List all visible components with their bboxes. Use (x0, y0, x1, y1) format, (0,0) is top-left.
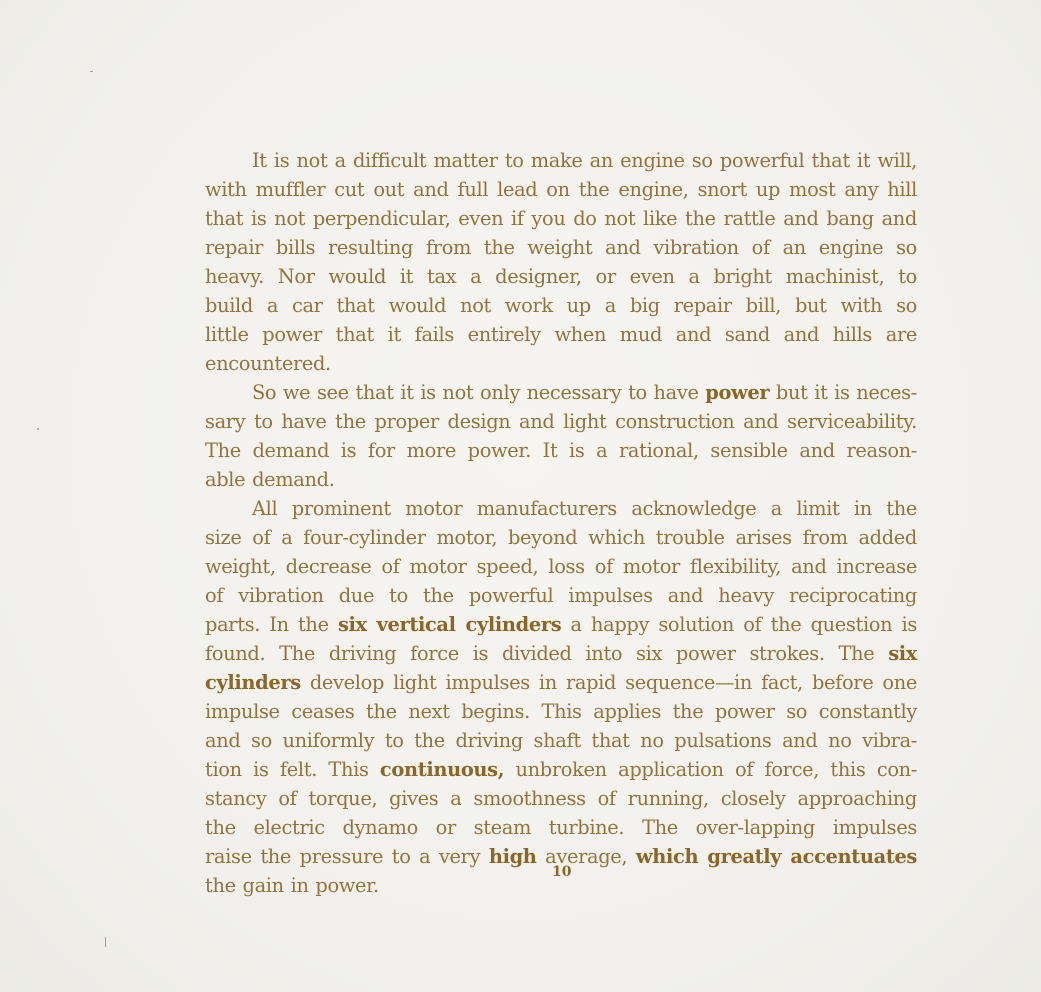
paper-speck (90, 71, 93, 72)
text-run: develop light impulses in rapid sequence… (301, 671, 917, 694)
text-line: of vibration due to the powerful impulse… (205, 581, 917, 610)
text-line: weight, decrease of motor speed, loss of… (205, 552, 917, 581)
page-number: 10 (552, 864, 571, 880)
emphasis-text: continuous, (380, 758, 504, 781)
text-run: stancy of torque, gives a smoothness of … (205, 787, 917, 810)
text-run: tion is felt. This (205, 758, 380, 781)
text-run: a happy solution of the question is (561, 613, 917, 636)
text-line: and so uniformly to the driving shaft th… (205, 726, 917, 755)
text-run: All prominent motor manufacturers acknow… (252, 497, 917, 520)
text-line: heavy. Nor would it tax a designer, or e… (205, 262, 917, 291)
text-line: build a car that would not work up a big… (205, 291, 917, 320)
scanned-page: It is not a difficult matter to make an … (0, 0, 1041, 992)
paper-speck (37, 428, 39, 430)
text-run: build a car that would not work up a big… (205, 294, 917, 317)
text-line: size of a four-cylinder motor, beyond wh… (205, 523, 917, 552)
text-run: little power that it fails entirely when… (205, 323, 917, 346)
text-run: found. The driving force is divided into… (205, 642, 888, 665)
text-line: stancy of torque, gives a smoothness of … (205, 784, 917, 813)
text-run: impulse ceases the next begins. This app… (205, 700, 917, 723)
text-run: unbroken application of force, this con- (504, 758, 917, 781)
paragraph: It is not a difficult matter to make an … (205, 146, 917, 378)
text-line: found. The driving force is divided into… (205, 639, 917, 668)
text-run: but it is neces- (769, 381, 917, 404)
text-line: that is not perpendicular, even if you d… (205, 204, 917, 233)
text-run: repair bills resulting from the weight a… (205, 236, 917, 259)
text-run: that is not perpendicular, even if you d… (205, 207, 917, 230)
emphasis-text: six vertical cylinders (338, 613, 561, 636)
text-run: sary to have the proper design and light… (205, 410, 917, 433)
text-run: parts. In the (205, 613, 338, 636)
text-line: tion is felt. This continuous, unbroken … (205, 755, 917, 784)
text-line: with muffler cut out and full lead on th… (205, 175, 917, 204)
text-run: The demand is for more power. It is a ra… (205, 439, 917, 462)
emphasis-text: high (489, 845, 537, 868)
text-run: the electric dynamo or steam turbine. Th… (205, 816, 917, 839)
text-run: weight, decrease of motor speed, loss of… (205, 555, 917, 578)
text-run: So we see that it is not only necessary … (252, 381, 705, 404)
paragraph: All prominent motor manufacturers acknow… (205, 494, 917, 900)
text-run: and so uniformly to the driving shaft th… (205, 729, 917, 752)
text-run: of vibration due to the powerful impulse… (205, 584, 917, 607)
text-line: cylinders develop light impulses in rapi… (205, 668, 917, 697)
text-line: repair bills resulting from the weight a… (205, 233, 917, 262)
text-line: the electric dynamo or steam turbine. Th… (205, 813, 917, 842)
emphasis-text: cylinders (205, 671, 301, 694)
text-line: able demand. (205, 465, 917, 494)
text-line: The demand is for more power. It is a ra… (205, 436, 917, 465)
body-text: It is not a difficult matter to make an … (205, 146, 917, 900)
text-run: heavy. Nor would it tax a designer, or e… (205, 265, 917, 288)
text-line: little power that it fails entirely when… (205, 320, 917, 349)
text-line: So we see that it is not only necessary … (205, 378, 917, 407)
paragraph: So we see that it is not only necessary … (205, 378, 917, 494)
text-run: encountered. (205, 352, 331, 375)
text-line: It is not a difficult matter to make an … (205, 146, 917, 175)
text-line: All prominent motor manufacturers acknow… (205, 494, 917, 523)
emphasis-text: which greatly accentuates (636, 845, 917, 868)
emphasis-text: power (705, 381, 769, 404)
text-run: the gain in power. (205, 874, 379, 897)
text-line: impulse ceases the next begins. This app… (205, 697, 917, 726)
emphasis-text: six (888, 642, 917, 665)
text-run: raise the pressure to a very (205, 845, 489, 868)
text-line: encountered. (205, 349, 917, 378)
text-run: able demand. (205, 468, 335, 491)
text-line: sary to have the proper design and light… (205, 407, 917, 436)
paper-speck (105, 937, 106, 947)
text-run: It is not a difficult matter to make an … (252, 149, 917, 172)
text-line: parts. In the six vertical cylinders a h… (205, 610, 917, 639)
text-run: size of a four-cylinder motor, beyond wh… (205, 526, 917, 549)
text-run: with muffler cut out and full lead on th… (205, 178, 917, 201)
